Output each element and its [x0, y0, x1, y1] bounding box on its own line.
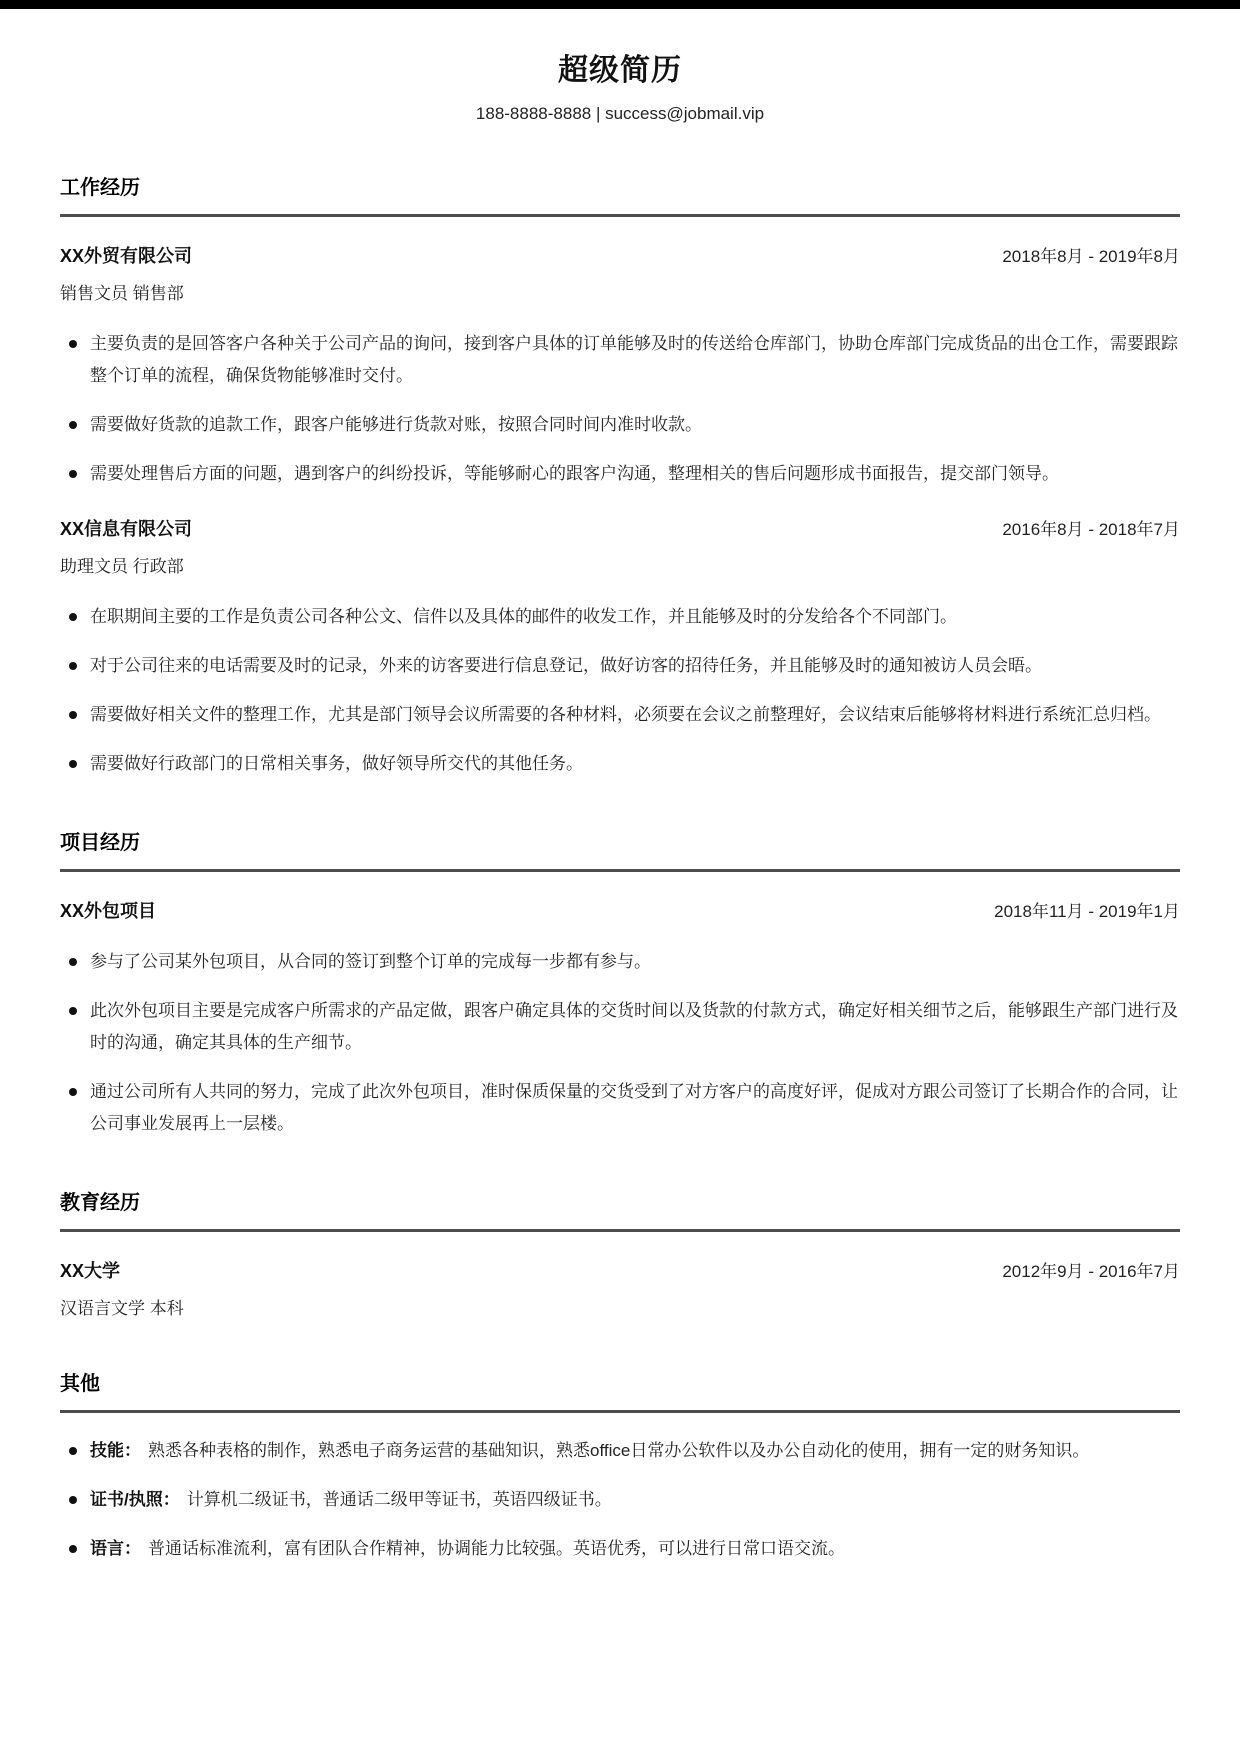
bullet-text: 对于公司往来的电话需要及时的记录，外来的访客要进行信息登记，做好访客的招待任务，…	[90, 656, 1042, 675]
job-bullet-list: 主要负责的是回答客户各种关于公司产品的询问，接到客户具体的订单能够及时的传送给仓…	[60, 328, 1180, 490]
bullet-icon	[69, 421, 77, 429]
section-work: 工作经历 XX外贸有限公司 2018年8月 - 2019年8月 销售文员 销售部…	[60, 175, 1180, 780]
job-entry: XX外贸有限公司 2018年8月 - 2019年8月 销售文员 销售部 主要负责…	[60, 244, 1180, 490]
list-item: 需要做好行政部门的日常相关事务，做好领导所交代的其他任务。	[60, 748, 1180, 780]
job-role: 助理文员 行政部	[60, 555, 1180, 579]
list-item: 证书/执照：计算机二级证书，普通话二级甲等证书，英语四级证书。	[60, 1484, 1180, 1516]
resume-header: 超级简历 188-8888-8888 | success@jobmail.vip	[60, 9, 1180, 125]
bullet-icon	[69, 340, 77, 348]
company-name: XX外贸有限公司	[60, 244, 192, 268]
bullet-icon	[69, 1088, 77, 1096]
project-name: XX外包项目	[60, 899, 156, 923]
list-item: 在职期间主要的工作是负责公司各种公文、信件以及具体的邮件的收发工作，并且能够及时…	[60, 601, 1180, 633]
bullet-icon	[69, 760, 77, 768]
company-name: XX信息有限公司	[60, 517, 192, 541]
list-item: 此次外包项目主要是完成客户所需求的产品定做，跟客户确定具体的交货时间以及货款的付…	[60, 995, 1180, 1059]
date-range: 2012年9月 - 2016年7月	[1002, 1260, 1180, 1284]
section-heading-education: 教育经历	[60, 1190, 1180, 1232]
list-item: 参与了公司某外包项目，从合同的签订到整个订单的完成每一步都有参与。	[60, 946, 1180, 978]
bullet-text: 需要处理售后方面的问题，遇到客户的纠纷投诉，等能够耐心的跟客户沟通，整理相关的售…	[90, 464, 1059, 483]
bullet-text: 主要负责的是回答客户各种关于公司产品的询问，接到客户具体的订单能够及时的传送给仓…	[90, 334, 1178, 385]
bullet-icon	[69, 470, 77, 478]
other-item-text: 熟悉各种表格的制作，熟悉电子商务运营的基础知识，熟悉office日常办公软件以及…	[148, 1441, 1089, 1460]
bullet-icon	[69, 613, 77, 621]
bullet-icon	[69, 958, 77, 966]
bullet-icon	[69, 1007, 77, 1015]
major-degree: 汉语言文学 本科	[60, 1297, 1180, 1321]
bullet-icon	[69, 711, 77, 719]
contact-line: 188-8888-8888 | success@jobmail.vip	[60, 103, 1180, 125]
section-heading-other: 其他	[60, 1371, 1180, 1413]
job-entry: XX信息有限公司 2016年8月 - 2018年7月 助理文员 行政部 在职期间…	[60, 517, 1180, 780]
list-item: 技能：熟悉各种表格的制作，熟悉电子商务运营的基础知识，熟悉office日常办公软…	[60, 1435, 1180, 1467]
section-heading-work: 工作经历	[60, 175, 1180, 217]
other-item-text: 普通话标准流利，富有团队合作精神，协调能力比较强。英语优秀，可以进行日常口语交流…	[148, 1539, 845, 1558]
other-item-label: 技能：	[90, 1441, 141, 1460]
other-list: 技能：熟悉各种表格的制作，熟悉电子商务运营的基础知识，熟悉office日常办公软…	[60, 1435, 1180, 1565]
other-item-label: 证书/执照：	[90, 1490, 180, 1509]
section-other: 其他 技能：熟悉各种表格的制作，熟悉电子商务运营的基础知识，熟悉office日常…	[60, 1371, 1180, 1565]
other-item-label: 语言：	[90, 1539, 141, 1558]
school-name: XX大学	[60, 1259, 120, 1283]
education-entry: XX大学 2012年9月 - 2016年7月 汉语言文学 本科	[60, 1259, 1180, 1321]
bullet-text: 在职期间主要的工作是负责公司各种公文、信件以及具体的邮件的收发工作，并且能够及时…	[90, 607, 957, 626]
list-item: 需要做好相关文件的整理工作，尤其是部门领导会议所需要的各种材料，必须要在会议之前…	[60, 699, 1180, 731]
resume-title: 超级简历	[60, 53, 1180, 89]
section-project: 项目经历 XX外包项目 2018年11月 - 2019年1月 参与了公司某外包项…	[60, 830, 1180, 1140]
bullet-text: 参与了公司某外包项目，从合同的签订到整个订单的完成每一步都有参与。	[90, 952, 651, 971]
project-bullet-list: 参与了公司某外包项目，从合同的签订到整个订单的完成每一步都有参与。 此次外包项目…	[60, 946, 1180, 1140]
list-item: 对于公司往来的电话需要及时的记录，外来的访客要进行信息登记，做好访客的招待任务，…	[60, 650, 1180, 682]
bullet-text: 通过公司所有人共同的努力，完成了此次外包项目，准时保质保量的交货受到了对方客户的…	[90, 1082, 1178, 1133]
date-range: 2016年8月 - 2018年7月	[1002, 518, 1180, 542]
job-role: 销售文员 销售部	[60, 282, 1180, 306]
list-item: 通过公司所有人共同的努力，完成了此次外包项目，准时保质保量的交货受到了对方客户的…	[60, 1076, 1180, 1140]
other-item-text: 计算机二级证书，普通话二级甲等证书，英语四级证书。	[187, 1490, 612, 1509]
list-item: 语言：普通话标准流利，富有团队合作精神，协调能力比较强。英语优秀，可以进行日常口…	[60, 1533, 1180, 1565]
section-education: 教育经历 XX大学 2012年9月 - 2016年7月 汉语言文学 本科	[60, 1190, 1180, 1321]
bullet-text: 需要做好行政部门的日常相关事务，做好领导所交代的其他任务。	[90, 754, 583, 773]
bullet-icon	[69, 1545, 77, 1553]
project-entry: XX外包项目 2018年11月 - 2019年1月 参与了公司某外包项目，从合同…	[60, 899, 1180, 1140]
bullet-text: 需要做好货款的追款工作，跟客户能够进行货款对账，按照合同时间内准时收款。	[90, 415, 702, 434]
date-range: 2018年8月 - 2019年8月	[1002, 245, 1180, 269]
job-bullet-list: 在职期间主要的工作是负责公司各种公文、信件以及具体的邮件的收发工作，并且能够及时…	[60, 601, 1180, 780]
section-heading-project: 项目经历	[60, 830, 1180, 872]
bullet-text: 此次外包项目主要是完成客户所需求的产品定做，跟客户确定具体的交货时间以及货款的付…	[90, 1001, 1178, 1052]
date-range: 2018年11月 - 2019年1月	[994, 900, 1180, 924]
bullet-icon	[69, 1447, 77, 1455]
list-item: 需要处理售后方面的问题，遇到客户的纠纷投诉，等能够耐心的跟客户沟通，整理相关的售…	[60, 458, 1180, 490]
bullet-icon	[69, 1496, 77, 1504]
bullet-icon	[69, 662, 77, 670]
list-item: 主要负责的是回答客户各种关于公司产品的询问，接到客户具体的订单能够及时的传送给仓…	[60, 328, 1180, 392]
list-item: 需要做好货款的追款工作，跟客户能够进行货款对账，按照合同时间内准时收款。	[60, 409, 1180, 441]
top-accent-bar	[0, 0, 1240, 9]
bullet-text: 需要做好相关文件的整理工作，尤其是部门领导会议所需要的各种材料，必须要在会议之前…	[90, 705, 1161, 724]
resume-page: 超级简历 188-8888-8888 | success@jobmail.vip…	[0, 9, 1240, 1625]
